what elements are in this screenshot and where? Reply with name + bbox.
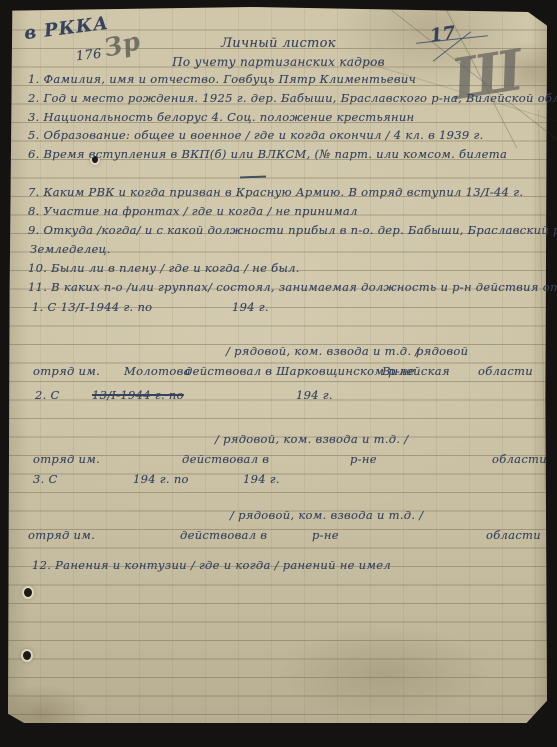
- entry2-rank-line: / рядовой, ком. взвода и т.д. /: [0, 432, 557, 448]
- entry3-dates-line: 3. С 194 г. по 194 г.: [0, 472, 557, 488]
- field-birth-line: 2. Год и место рождения. 1925 г. дер. Ба…: [28, 91, 557, 105]
- field-wounds-line: 12. Ранения и контузии / где и когда / р…: [32, 558, 391, 572]
- field-nationality-line: 3. Национальность белорус 4. Соц. положе…: [28, 110, 414, 124]
- entry3-acted-text: действовал в: [180, 528, 267, 542]
- entry3-district-label: р-не: [312, 528, 339, 542]
- entry1-region-label: области: [478, 364, 533, 378]
- entry1-dates-line: 1. С 13/I-1944 г. по 194 г.: [0, 300, 557, 316]
- entry1-date-to: 194 г.: [232, 300, 269, 314]
- field-origin-line: 9. Откуда /когда/ и с какой должности пр…: [28, 223, 557, 237]
- doc-subtitle: По учету партизанских кадров: [0, 55, 557, 69]
- field-name-line: 1. Фамилия, имя и отчество. Говбуць Пятр…: [28, 72, 416, 86]
- entry3-date-to: 194 г.: [243, 472, 280, 486]
- field-party-line: 6. Время вступления в ВКП(б) или ВЛКСМ, …: [28, 147, 507, 161]
- entry1-date-from: 1. С 13/I-1944 г. по: [32, 300, 152, 314]
- entry1-rank-line: / рядовой, ком. взвода и т.д. / рядовой: [0, 344, 557, 360]
- entry2-date-num: 2. С: [35, 388, 60, 402]
- entry1-region-value: Вилейская: [382, 364, 450, 378]
- field-captivity-line: 10. Были ли в плену / где и когда / не б…: [28, 261, 300, 275]
- entry1-unit-label: отряд им.: [33, 364, 100, 378]
- entry1-unit-line: отряд им. Молотова действовал в Шарковщи…: [0, 364, 557, 380]
- field-fronts-line: 8. Участие на фронтах / где и когда / не…: [28, 204, 358, 218]
- entry3-unit-line: отряд им. действовал в р-не области: [0, 528, 557, 544]
- entry2-district-label: р-не: [350, 452, 377, 466]
- entry2-crossed-date: 13/I-1944 г. по: [92, 388, 184, 402]
- punch-hole: [24, 588, 32, 597]
- document-scan: в РККА 176 Зр 17 Ш Личный листок По учет…: [0, 0, 557, 747]
- doc-title: Личный листок: [0, 36, 557, 51]
- entry3-rank-line: / рядовой, ком. взвода и т.д. /: [0, 508, 557, 524]
- entry2-unit-line: отряд им. действовал в р-не области: [0, 452, 557, 468]
- entry2-region-label: области: [492, 452, 547, 466]
- field-origin-continuation: Земледелец.: [30, 242, 111, 256]
- entry3-unit-label: отряд им.: [28, 528, 95, 542]
- entry1-acted-text: действовал в Шарковщинском р-не: [185, 364, 415, 378]
- entry3-region-label: области: [486, 528, 541, 542]
- entry3-rank-template: / рядовой, ком. взвода и т.д. /: [230, 508, 423, 522]
- entry2-rank-template: / рядовой, ком. взвода и т.д. /: [215, 432, 408, 446]
- field-enlistment-line: 7. Каким РВК и когда призван в Красную А…: [28, 185, 523, 199]
- entry1-unit-value: Молотова: [124, 364, 191, 378]
- punch-hole: [23, 651, 31, 660]
- entry3-date-num: 3. С: [33, 472, 58, 486]
- entry2-dates-line: 2. С 13/I-1944 г. по 194 г.: [0, 388, 557, 404]
- entry1-rank-template: / рядовой, ком. взвода и т.д. /: [226, 344, 419, 358]
- field-education-line: 5. Образование: общее и военное / где и …: [28, 128, 484, 142]
- entry2-acted-text: действовал в: [182, 452, 269, 466]
- entry2-unit-label: отряд им.: [33, 452, 100, 466]
- field-detachments-line: 11. В каких п-о /или группах/ состоял, з…: [28, 280, 557, 294]
- entry1-rank-value: рядовой: [416, 344, 468, 358]
- entry3-date-mid: 194 г. по: [133, 472, 189, 486]
- entry2-date-to: 194 г.: [296, 388, 333, 402]
